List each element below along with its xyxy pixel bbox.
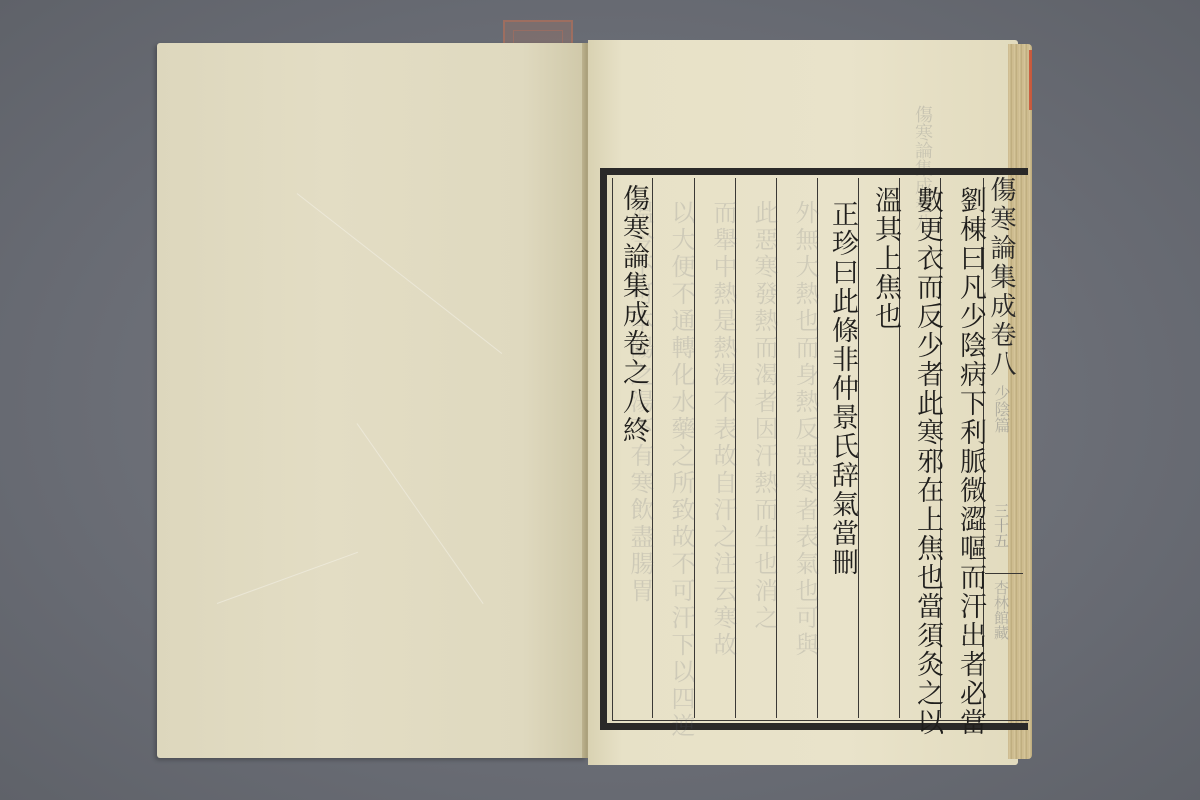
show-through-column: 此惡寒發熱而渴者因汗熱而生也消之	[746, 200, 782, 632]
paper-fiber	[217, 552, 358, 604]
running-title: 傷寒論集成卷八	[983, 176, 1020, 379]
paper-fiber	[297, 193, 502, 354]
text-column-2: 數更衣而反少者此寒邪在上焦也當須灸之以	[910, 186, 944, 737]
publisher-mark: 杏林館藏	[991, 580, 1012, 640]
text-column-1: 劉棟曰凡少陰病下利脈微澀嘔而汗出者必當	[953, 186, 987, 737]
page-number: 三十五	[991, 503, 1012, 548]
paper-fiber	[357, 423, 484, 604]
show-through-column: 而舉中熱是熱湯不表故自汗之注云寒故	[705, 200, 741, 659]
red-edge-mark	[1029, 50, 1032, 110]
show-through-column: 外無大熱也而身熱反惡寒者表氣也可與	[787, 200, 823, 659]
left-page-blank	[157, 43, 587, 758]
section-label: 少陰篇	[990, 385, 1013, 433]
show-through-column: 以大便不通轉化水藥之所致故不可汗下以四逆	[663, 200, 699, 740]
text-column-3: 溫其上焦也	[868, 186, 902, 331]
chapter-end-title: 傷寒論集成卷之八終	[616, 184, 650, 445]
margin-divider	[985, 573, 1023, 574]
text-column-4: 正珍曰此條非仲景氏辞氣當刪	[825, 200, 859, 577]
